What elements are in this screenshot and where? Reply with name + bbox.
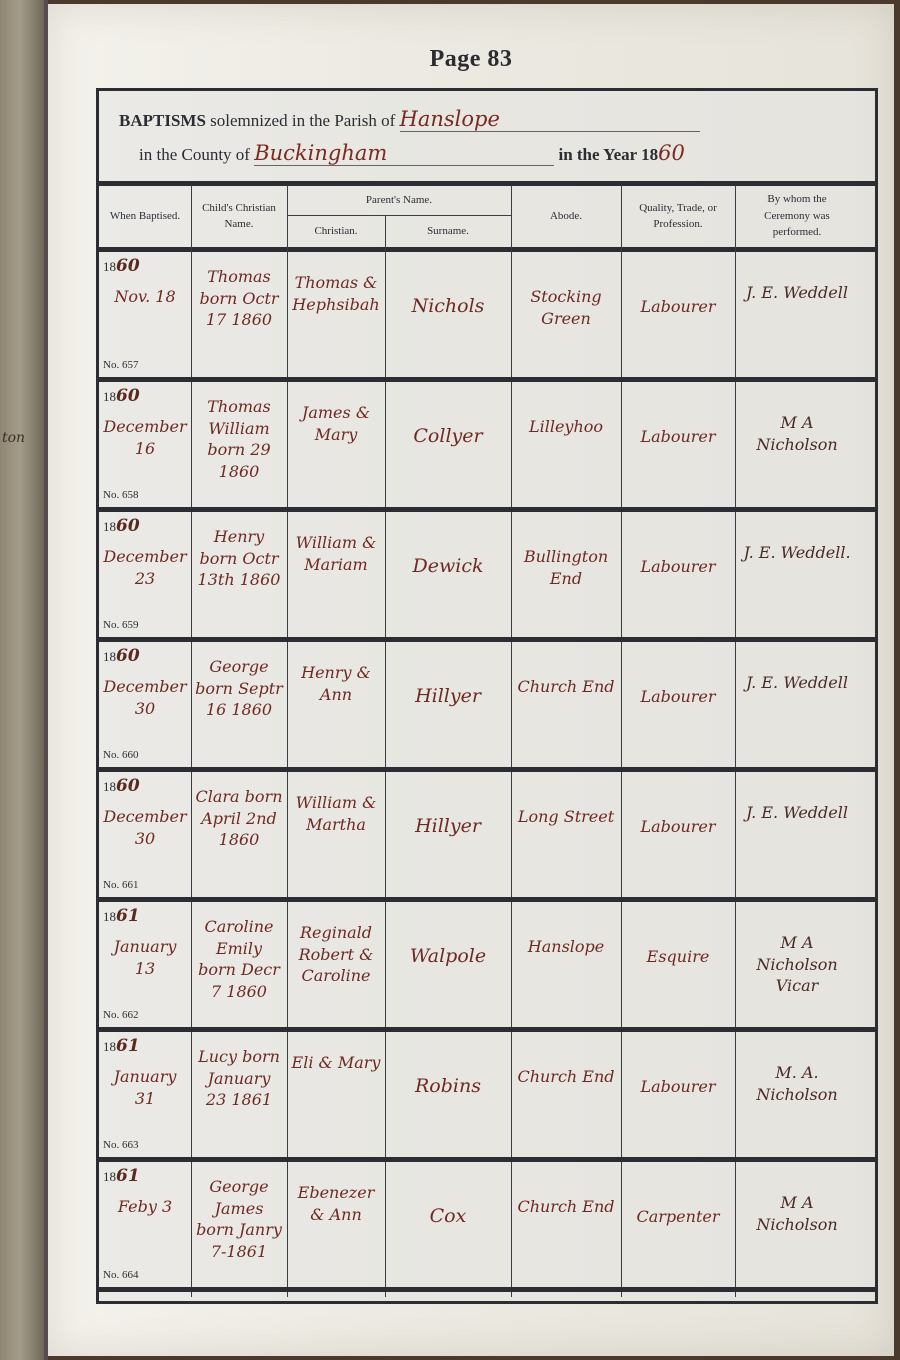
baptism-date: January 31 <box>99 1066 191 1109</box>
abode: Stocking Green <box>511 286 621 329</box>
col-quality: Quality, Trade, or Profession. <box>621 185 735 247</box>
officiant: M A Nicholson Vicar <box>735 932 859 997</box>
register-table: BAPTISMS solemnized in the Parish of Han… <box>96 88 878 1304</box>
officiant: J. E. Weddell <box>735 802 859 824</box>
abode: Long Street <box>511 806 621 828</box>
register-heading: BAPTISMS solemnized in the Parish of Han… <box>99 91 875 186</box>
quality-trade: Labourer <box>621 296 735 318</box>
entry-year: 61 <box>116 906 140 926</box>
officiant: J. E. Weddell. <box>735 542 859 564</box>
entry-year: 60 <box>116 776 140 796</box>
quality-trade: Carpenter <box>621 1206 735 1228</box>
page-title: Page 83 <box>48 46 894 73</box>
entry-year: 61 <box>116 1166 140 1186</box>
heading-county-text: in the County of <box>139 145 250 164</box>
officiant: J. E. Weddell <box>735 672 859 694</box>
entry-year: 60 <box>116 256 140 276</box>
quality-trade: Labourer <box>621 556 735 578</box>
col-when: When Baptised. <box>99 185 191 247</box>
child-name: Lucy born January 23 1861 <box>191 1046 287 1111</box>
parent-christian-names: William & Martha <box>287 792 385 835</box>
officiant: M A Nicholson <box>735 412 859 455</box>
baptism-date: Feby 3 <box>99 1196 191 1218</box>
year-prefix: 18 <box>103 519 116 534</box>
baptism-entry: 1861 January 31 No. 663 Lucy born Januar… <box>99 1032 875 1162</box>
year-prefix: 18 <box>103 909 116 924</box>
parent-christian-names: William & Mariam <box>287 532 385 575</box>
baptism-date: December 23 <box>99 546 191 589</box>
quality-trade: Labourer <box>621 426 735 448</box>
parent-surname: Dewick <box>385 554 511 580</box>
register-number: No. 663 <box>103 1139 138 1151</box>
abode: Church End <box>511 1066 621 1088</box>
entry-year: 60 <box>116 646 140 666</box>
entry-year: 60 <box>116 516 140 536</box>
margin-note: ton <box>2 430 25 446</box>
parent-surname: Collyer <box>385 424 511 450</box>
col-abode: Abode. <box>511 185 621 247</box>
entry-year: 60 <box>116 386 140 406</box>
parent-christian-names: Eli & Mary <box>287 1052 385 1074</box>
child-name: Thomas William born 29 1860 <box>191 396 287 482</box>
child-name: George James born Janry 7-1861 <box>191 1176 287 1262</box>
parent-christian-names: Henry & Ann <box>287 662 385 705</box>
baptism-entry: 1860 December 23 No. 659 Henry born Octr… <box>99 512 875 642</box>
child-name: Caroline Emily born Decr 7 1860 <box>191 916 287 1002</box>
abode: Lilleyhoo <box>511 416 621 438</box>
parent-surname: Nichols <box>385 294 511 320</box>
quality-trade: Esquire <box>621 946 735 968</box>
child-name: George born Septr 16 1860 <box>191 656 287 721</box>
abode: Hanslope <box>511 936 621 958</box>
baptism-date: December 30 <box>99 676 191 719</box>
col-by-whom: By whom the Ceremony was performed. <box>735 185 859 247</box>
baptism-date: December 30 <box>99 806 191 849</box>
parent-christian-names: Reginald Robert & Caroline <box>287 922 385 987</box>
abode: Church End <box>511 1196 621 1218</box>
baptism-entry: 1861 Feby 3 No. 664 George James born Ja… <box>99 1162 875 1292</box>
officiant: J. E. Weddell <box>735 282 859 304</box>
baptism-date: Nov. 18 <box>99 286 191 308</box>
year-prefix: 18 <box>103 389 116 404</box>
abode: Church End <box>511 676 621 698</box>
col-christian: Christian. <box>287 215 385 247</box>
heading-year-text: in the Year 18 <box>558 145 658 164</box>
heading-text: solemnized in the Parish of <box>210 111 395 130</box>
register-number: No. 659 <box>103 619 138 631</box>
register-number: No. 657 <box>103 359 138 371</box>
parent-surname: Cox <box>385 1204 511 1230</box>
col-parents: Parent's Name. <box>287 185 511 216</box>
left-facing-page: ton <box>0 0 44 1360</box>
baptism-entry: 1860 Nov. 18 No. 657 Thomas born Octr 17… <box>99 252 875 382</box>
parent-surname: Hillyer <box>385 814 511 840</box>
child-name: Henry born Octr 13th 1860 <box>191 526 287 591</box>
baptism-entry: 1860 December 16 No. 658 Thomas William … <box>99 382 875 512</box>
year-suffix: 60 <box>658 141 685 165</box>
baptism-date: January 13 <box>99 936 191 979</box>
year-prefix: 18 <box>103 1169 116 1184</box>
officiant: M. A. Nicholson <box>735 1062 859 1105</box>
quality-trade: Labourer <box>621 686 735 708</box>
col-child: Child's Christian Name. <box>191 185 287 247</box>
child-name: Clara born April 2nd 1860 <box>191 786 287 851</box>
quality-trade: Labourer <box>621 816 735 838</box>
entry-year: 61 <box>116 1036 140 1056</box>
year-prefix: 18 <box>103 1039 116 1054</box>
parent-surname: Walpole <box>385 944 511 970</box>
baptism-entry: 1860 December 30 No. 660 George born Sep… <box>99 642 875 772</box>
baptism-date: December 16 <box>99 416 191 459</box>
register-number: No. 661 <box>103 879 138 891</box>
parent-christian-names: Thomas & Hephsibah <box>287 272 385 315</box>
col-surname: Surname. <box>385 215 511 247</box>
baptism-entry: 1860 December 30 No. 661 Clara born Apri… <box>99 772 875 902</box>
year-prefix: 18 <box>103 259 116 274</box>
parent-surname: Hillyer <box>385 684 511 710</box>
officiant: M A Nicholson <box>735 1192 859 1235</box>
parent-christian-names: Ebenezer & Ann <box>287 1182 385 1225</box>
register-number: No. 662 <box>103 1009 138 1021</box>
parent-christian-names: James & Mary <box>287 402 385 445</box>
quality-trade: Labourer <box>621 1076 735 1098</box>
parent-surname: Robins <box>385 1074 511 1100</box>
column-headers: When Baptised. Child's Christian Name. P… <box>99 185 875 252</box>
parish-name: Hanslope <box>400 107 500 131</box>
register-number: No. 660 <box>103 749 138 761</box>
county-name: Buckingham <box>254 141 387 165</box>
register-number: No. 664 <box>103 1269 138 1281</box>
year-prefix: 18 <box>103 649 116 664</box>
register-page: Page 83 BAPTISMS solemnized in the Paris… <box>48 4 894 1356</box>
year-prefix: 18 <box>103 779 116 794</box>
child-name: Thomas born Octr 17 1860 <box>191 266 287 331</box>
heading-bold: BAPTISMS <box>119 111 206 130</box>
register-number: No. 658 <box>103 489 138 501</box>
baptism-entry: 1861 January 13 No. 662 Caroline Emily b… <box>99 902 875 1032</box>
abode: Bullington End <box>511 546 621 589</box>
